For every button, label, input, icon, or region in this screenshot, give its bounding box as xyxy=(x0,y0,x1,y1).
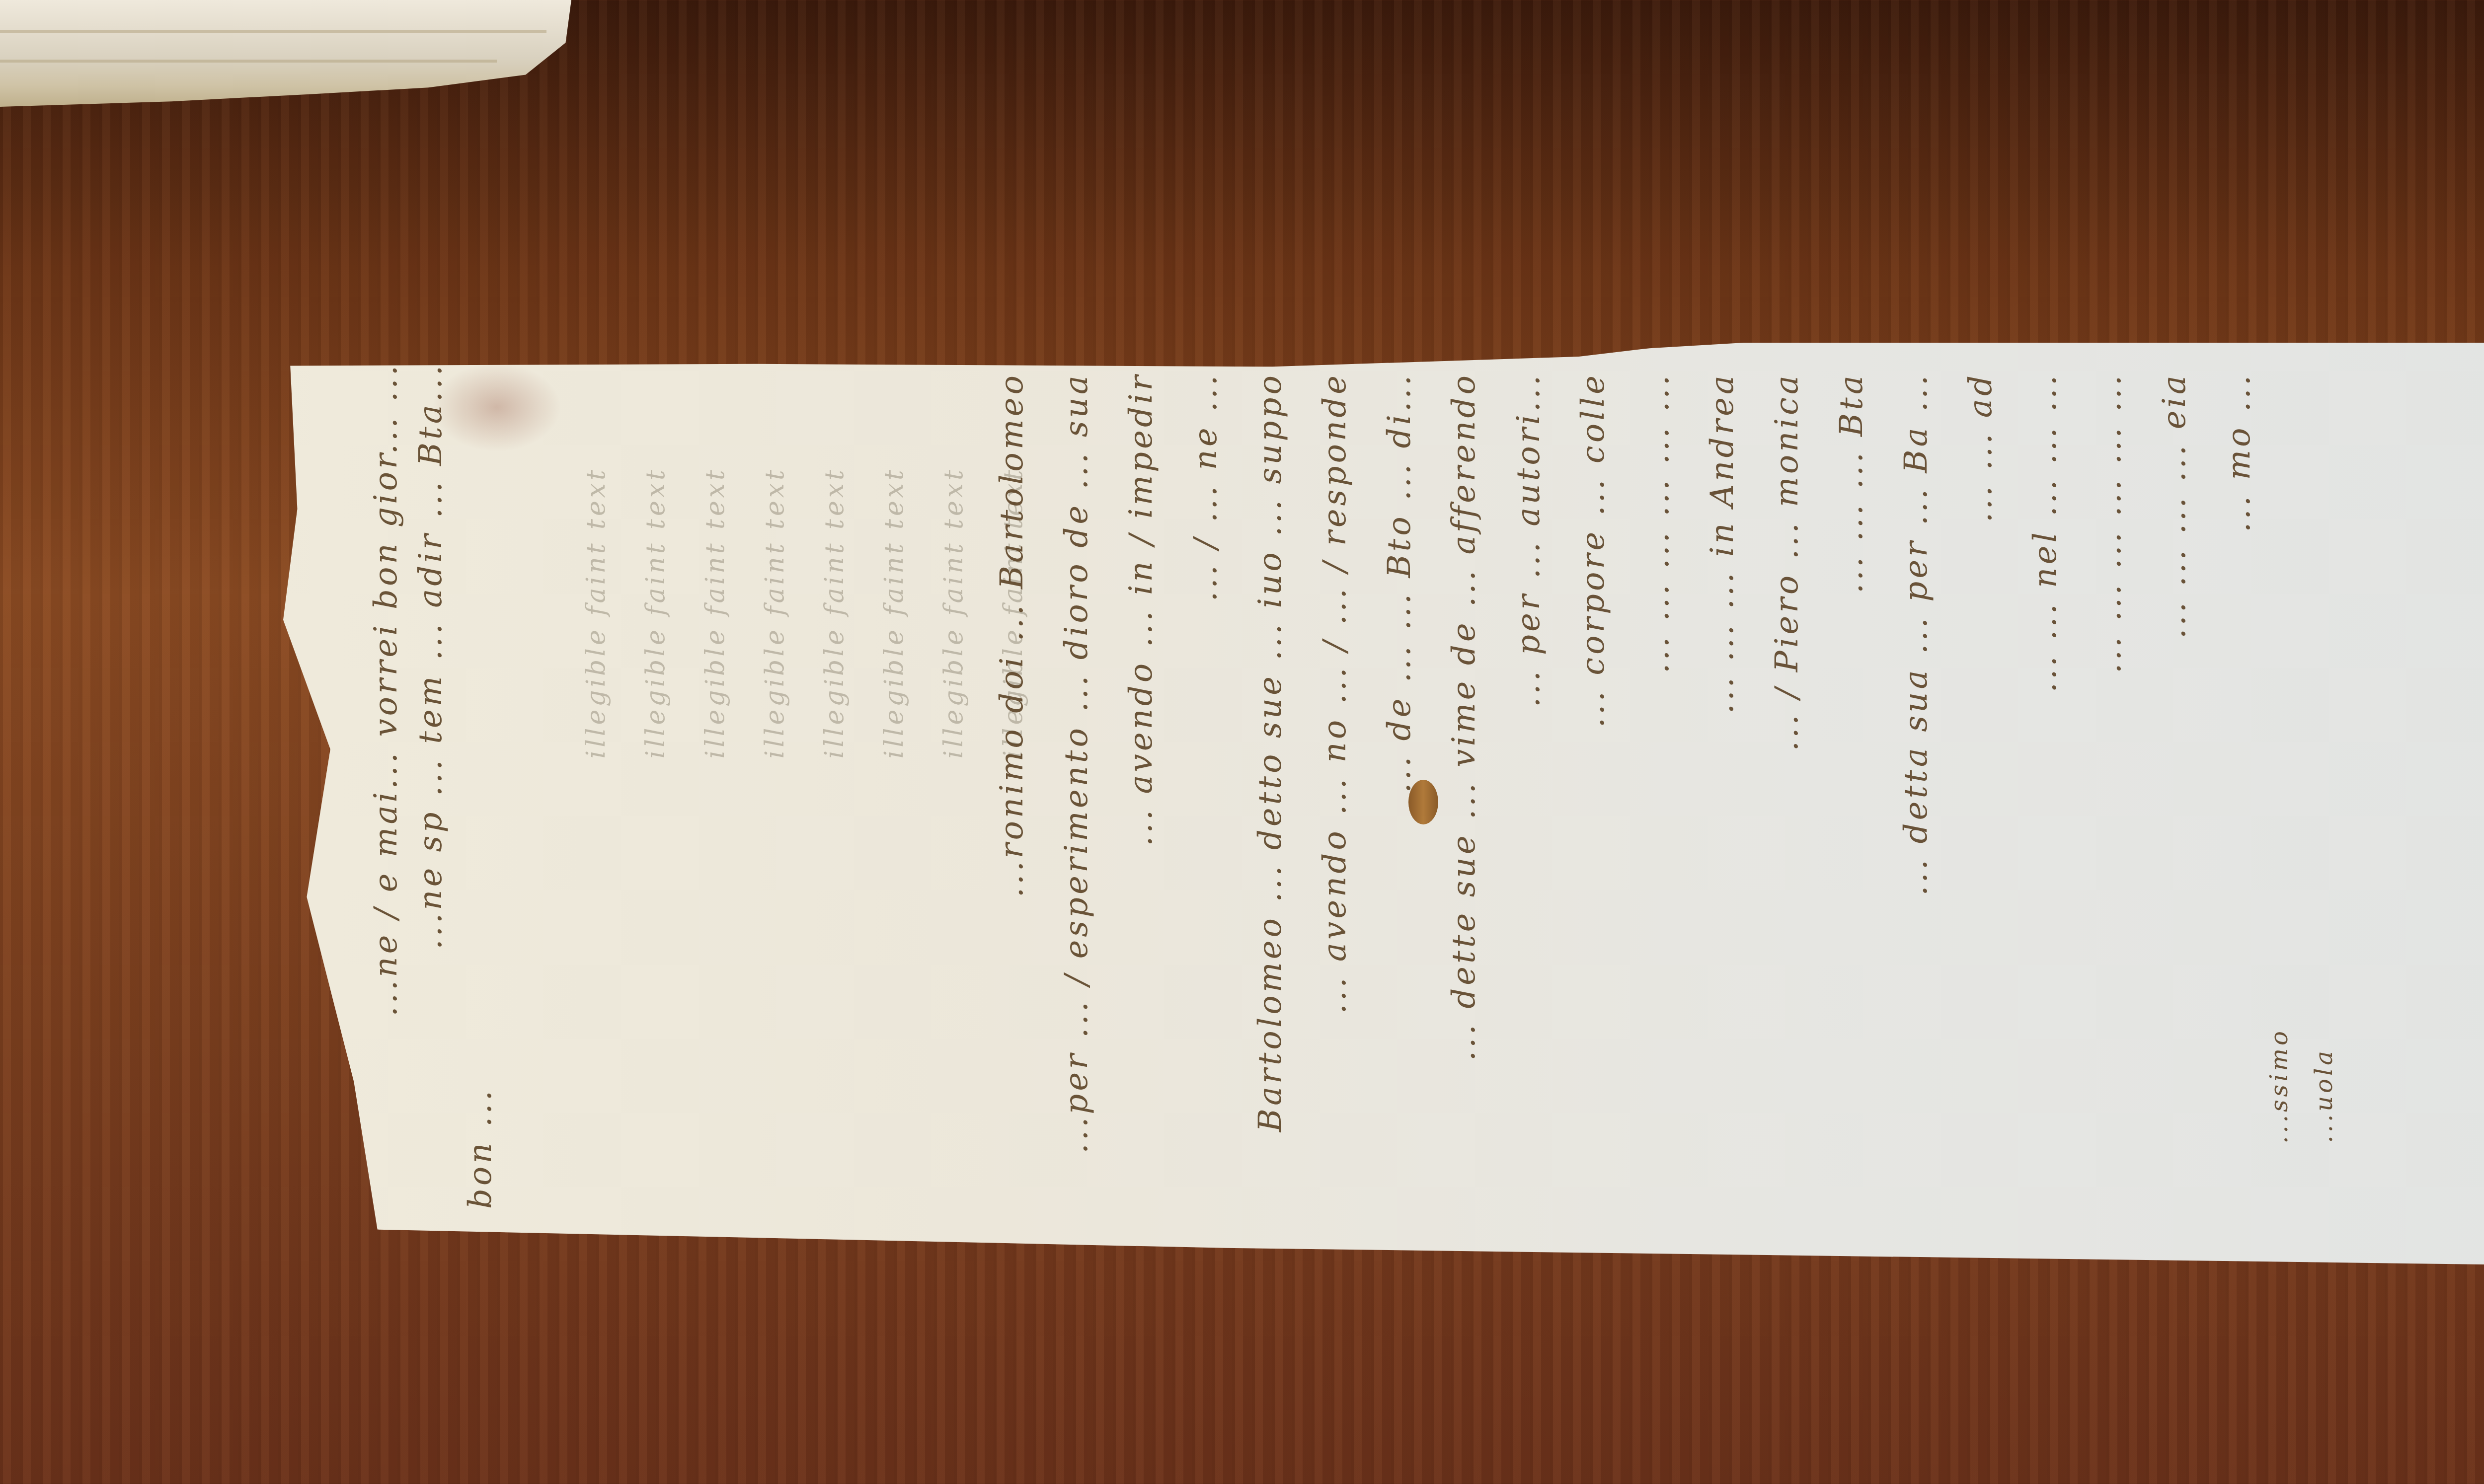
text-line: ... ... nel ... ... ... xyxy=(2027,372,2064,692)
bleedthrough-line: illegible faint text xyxy=(939,467,969,759)
paper-stack-edge xyxy=(0,60,497,63)
text-line: ... de ... ... Bto ... di... xyxy=(1381,372,1418,793)
signature-line: ...ssimo xyxy=(2265,1028,2293,1144)
signature-line: ...uola xyxy=(2310,1048,2338,1143)
stain xyxy=(432,363,561,452)
text-line: ... corpore ... colle xyxy=(1575,372,1612,728)
paper-hole xyxy=(1408,780,1438,824)
bleedthrough-line: illegible faint text xyxy=(700,467,730,759)
paper-stack-edge xyxy=(0,30,546,33)
text-line: ... avendo ... no ... / ... / responde xyxy=(1317,372,1353,1014)
text-line: ... ... ... ... ... ... xyxy=(1639,372,1676,673)
text-line: bon ... xyxy=(462,1088,499,1209)
text-line: ... / Piero ... monica xyxy=(1769,372,1805,751)
text-line: ... mo ... xyxy=(2221,372,2257,532)
text-line: ... detta sua ... per ... Ba ... xyxy=(1898,372,1935,896)
text-line: ... dette sue ... vime de ... afferendo xyxy=(1446,372,1482,1061)
text-line: Bartolomeo ... detto sue ... iuo ... sup… xyxy=(1252,372,1289,1132)
bleedthrough-line: illegible faint text xyxy=(581,467,611,759)
manuscript-page: ...ne / e mai... vorrei bon gior... ... … xyxy=(283,343,2484,1266)
bleedthrough-line: illegible faint text xyxy=(641,467,671,759)
text-line: ...ronimo doi ... Bartolomeo xyxy=(994,372,1030,897)
text-line: ... ... ... in Andrea xyxy=(1704,372,1741,714)
bleedthrough-line: illegible faint text xyxy=(820,467,850,759)
text-line: ...ne sp ... tem ... adir ... Bta... xyxy=(412,363,449,950)
bleedthrough-line: illegible faint text xyxy=(760,467,790,759)
text-line: ...per ... / esperimento ... dioro de ..… xyxy=(1058,372,1095,1154)
text-line: ... avendo ... in / impedir xyxy=(1123,372,1160,846)
text-line: ... ... ad xyxy=(1962,372,1999,522)
bleedthrough-line: illegible faint text xyxy=(879,467,909,759)
text-line: ...ne / e mai... vorrei bon gior... ... xyxy=(368,363,404,1017)
text-line: ... / ... ne ... xyxy=(1187,372,1224,601)
text-line: ... ... ... ... eia xyxy=(2156,372,2193,639)
text-line: ... per ... autori... xyxy=(1510,372,1547,707)
text-line: ... ... ... Bta xyxy=(1833,372,1870,594)
text-line: ... ... ... ... ... ... xyxy=(2092,372,2128,673)
